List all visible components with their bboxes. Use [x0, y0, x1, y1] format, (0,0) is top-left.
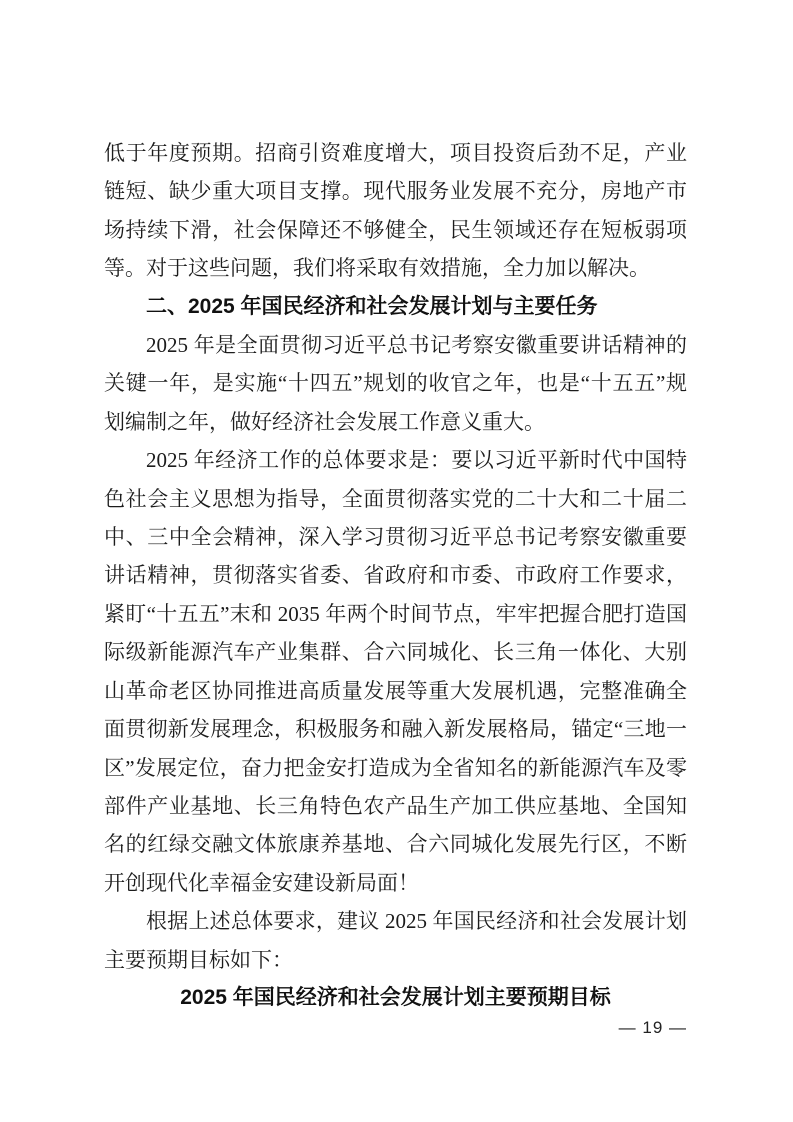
- paragraph: 2025 年经济工作的总体要求是：要以习近平新时代中国特色社会主义思想为指导，全…: [104, 441, 687, 902]
- document-page: 低于年度预期。招商引资难度增大，项目投资后劲不足，产业链短、缺少重大项目支撑。现…: [0, 0, 793, 1122]
- goals-table-title: 2025 年国民经济和社会发展计划主要预期目标: [104, 979, 687, 1017]
- section-heading: 二、2025 年国民经济和社会发展计划与主要任务: [104, 288, 687, 326]
- paragraph-continuation: 低于年度预期。招商引资难度增大，项目投资后劲不足，产业链短、缺少重大项目支撑。现…: [104, 134, 687, 288]
- paragraph: 根据上述总体要求，建议 2025 年国民经济和社会发展计划主要预期目标如下：: [104, 902, 687, 979]
- document-content: 低于年度预期。招商引资难度增大，项目投资后劲不足，产业链短、缺少重大项目支撑。现…: [104, 134, 687, 1017]
- page-number: — 19 —: [619, 1018, 687, 1038]
- paragraph: 2025 年是全面贯彻习近平总书记考察安徽重要讲话精神的关键一年，是实施“十四五…: [104, 326, 687, 441]
